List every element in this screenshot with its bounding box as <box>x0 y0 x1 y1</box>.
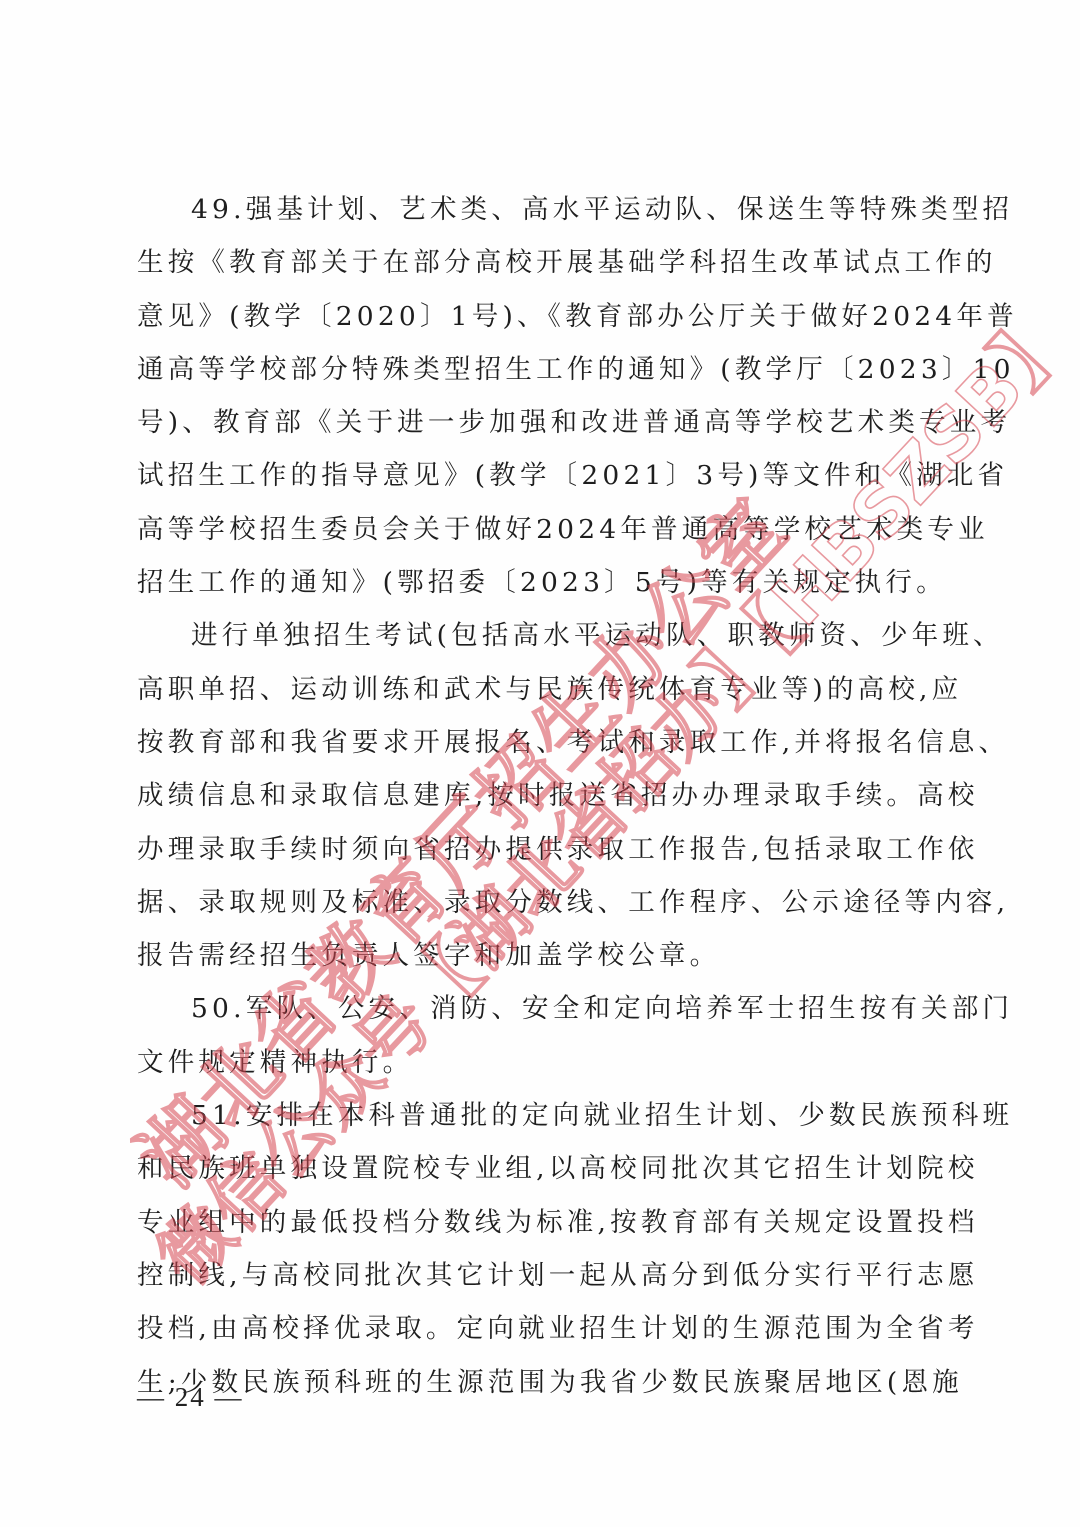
paragraph-item-49: 49.强基计划、艺术类、高水平运动队、保送生等特殊类型招 生按《教育部关于在部分… <box>137 183 937 609</box>
text-line: 号)、教育部《关于进一步加强和改进普通高等学校艺术类专业考 <box>137 396 937 449</box>
text-line: 进行单独招生考试(包括高水平运动队、职教师资、少年班、 <box>137 609 937 662</box>
text-line: 据、录取规则及标准、录取分数线、工作程序、公示途径等内容, <box>137 876 937 929</box>
paragraph-item-50: 50.军队、公安、消防、安全和定向培养军士招生按有关部门 文件规定精神执行。 <box>137 982 937 1089</box>
document-body: 49.强基计划、艺术类、高水平运动队、保送生等特殊类型招 生按《教育部关于在部分… <box>137 183 937 1409</box>
text-line: 报告需经招生负责人签字和加盖学校公章。 <box>137 929 937 982</box>
page-number: — 24 — <box>137 1382 244 1413</box>
text-line: 专业组中的最低投档分数线为标准,按教育部有关规定设置投档 <box>137 1196 937 1249</box>
text-line: 50.军队、公安、消防、安全和定向培养军士招生按有关部门 <box>137 982 937 1035</box>
text-line: 招生工作的通知》(鄂招委〔2023〕5号)等有关规定执行。 <box>137 556 937 609</box>
document-page: 49.强基计划、艺术类、高水平运动队、保送生等特殊类型招 生按《教育部关于在部分… <box>0 0 1080 1527</box>
text-line: 高职单招、运动训练和武术与民族传统体育专业等)的高校,应 <box>137 663 937 716</box>
text-line: 投档,由高校择优录取。定向就业招生计划的生源范围为全省考 <box>137 1302 937 1355</box>
paragraph-item-51: 51.安排在本科普通批的定向就业招生计划、少数民族预科班 和民族班单独设置院校专… <box>137 1089 937 1409</box>
text-line: 51.安排在本科普通批的定向就业招生计划、少数民族预科班 <box>137 1089 937 1142</box>
text-line: 文件规定精神执行。 <box>137 1036 937 1089</box>
text-line: 生;少数民族预科班的生源范围为我省少数民族聚居地区(恩施 <box>137 1356 937 1409</box>
text-line: 高等学校招生委员会关于做好2024年普通高等学校艺术类专业 <box>137 503 937 556</box>
text-line: 控制线,与高校同批次其它计划一起从高分到低分实行平行志愿 <box>137 1249 937 1302</box>
text-line: 办理录取手续时须向省招办提供录取工作报告,包括录取工作依 <box>137 823 937 876</box>
text-line: 成绩信息和录取信息建库,按时报送省招办办理录取手续。高校 <box>137 769 937 822</box>
text-line: 意见》(教学〔2020〕1号)、《教育部办公厅关于做好2024年普 <box>137 290 937 343</box>
text-line: 和民族班单独设置院校专业组,以高校同批次其它招生计划院校 <box>137 1142 937 1195</box>
text-line: 试招生工作的指导意见》(教学〔2021〕3号)等文件和《湖北省 <box>137 449 937 502</box>
text-line: 通高等学校部分特殊类型招生工作的通知》(教学厅〔2023〕10 <box>137 343 937 396</box>
text-line: 按教育部和我省要求开展报名、考试和录取工作,并将报名信息、 <box>137 716 937 769</box>
text-line: 生按《教育部关于在部分高校开展基础学科招生改革试点工作的 <box>137 236 937 289</box>
paragraph-single-exam: 进行单独招生考试(包括高水平运动队、职教师资、少年班、 高职单招、运动训练和武术… <box>137 609 937 982</box>
text-line: 49.强基计划、艺术类、高水平运动队、保送生等特殊类型招 <box>137 183 937 236</box>
